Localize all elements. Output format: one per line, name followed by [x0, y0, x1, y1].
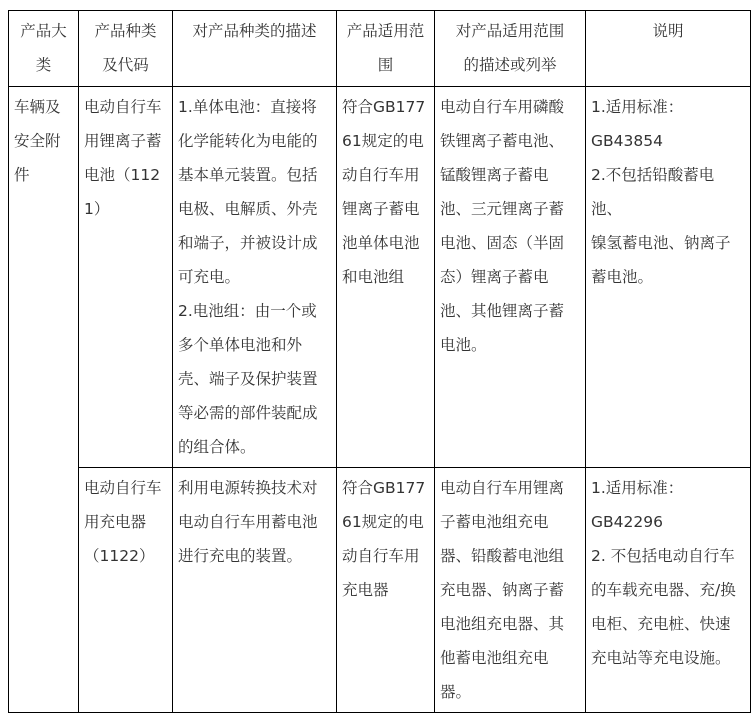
cell-battery-notes: 1.适用标准： GB43854 2.不包括铅酸蓄电池、 镍氢蓄电池、钠离子 蓄电… — [586, 87, 751, 468]
cell-charger-scope-detail: 电动自行车用锂离 子蓄电池组充电 器、铅酸蓄电池组 充电器、钠离子蓄 电池组充电… — [435, 468, 586, 713]
cell-battery-description: 1.单体电池：直接将 化学能转化为电能的 基本单元装置。包括 电极、电解质、外壳… — [173, 87, 337, 468]
header-type-description: 对产品种类的描述 — [173, 11, 337, 87]
header-product-scope: 产品适用范 围 — [337, 11, 435, 87]
cell-battery-scope-detail: 电动自行车用磷酸 铁锂离子蓄电池、 锰酸锂离子蓄电 池、三元锂离子蓄 电池、固态… — [435, 87, 586, 468]
cell-battery-scope: 符合GB177 61规定的电 动自行车用 锂离子蓄电 池单体电池 和电池组 — [337, 87, 435, 468]
cell-charger-notes: 1.适用标准： GB42296 2. 不包括电动自行车 的车载充电器、充/换 电… — [586, 468, 751, 713]
cell-charger-scope: 符合GB177 61规定的电 动自行车用 充电器 — [337, 468, 435, 713]
table-row-battery: 车辆及 安全附 件 电动自行车 用锂离子蓄 电池（112 1） 1.单体电池：直… — [9, 87, 751, 468]
cell-battery-type-code: 电动自行车 用锂离子蓄 电池（112 1） — [79, 87, 173, 468]
table-row-charger: 电动自行车 用充电器 （1122） 利用电源转换技术对 电动自行车用蓄电池 进行… — [9, 468, 751, 713]
header-product-category: 产品大 类 — [9, 11, 79, 87]
header-notes: 说明 — [586, 11, 751, 87]
cell-charger-description: 利用电源转换技术对 电动自行车用蓄电池 进行充电的装置。 — [173, 468, 337, 713]
table-header-row: 产品大 类 产品种类 及代码 对产品种类的描述 产品适用范 围 对产品适用范围 … — [9, 11, 751, 87]
header-scope-description: 对产品适用范围 的描述或列举 — [435, 11, 586, 87]
cell-charger-type-code: 电动自行车 用充电器 （1122） — [79, 468, 173, 713]
cell-product-category: 车辆及 安全附 件 — [9, 87, 79, 713]
header-product-type-code: 产品种类 及代码 — [79, 11, 173, 87]
product-certification-table: 产品大 类 产品种类 及代码 对产品种类的描述 产品适用范 围 对产品适用范围 … — [8, 10, 751, 713]
